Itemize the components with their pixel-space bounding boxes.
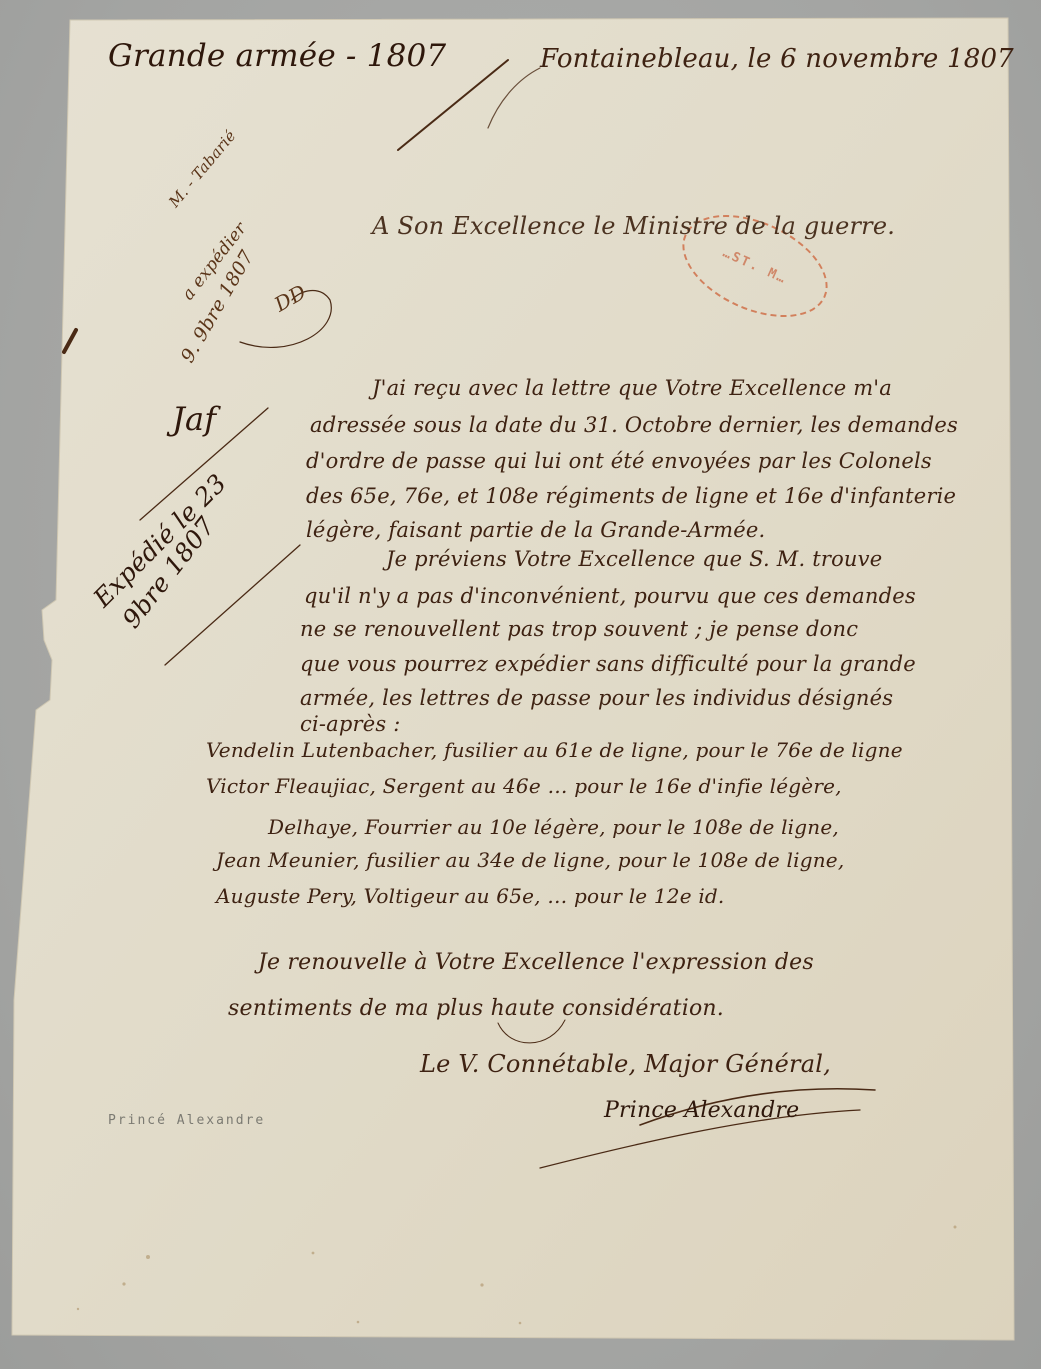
closing-line: sentiments de ma plus haute considératio… [228, 996, 724, 1021]
salutation: A Son Excellence le Ministre de la guerr… [372, 212, 895, 240]
individual-list-item: Delhaye, Fourrier au 10e légère, pour le… [268, 815, 839, 839]
body-line: armée, les lettres de passe pour les ind… [300, 686, 893, 710]
signature-name: Prince Alexandre [604, 1098, 799, 1123]
body-line: d'ordre de passe qui lui ont été envoyée… [306, 449, 932, 473]
margin-note-initials-jaf: Jaf [172, 400, 216, 438]
letter-sheet: Grande armée - 1807 Fontainebleau, le 6 … [0, 0, 1041, 1369]
body-line: des 65e, 76e, et 108e régiments de ligne… [306, 484, 956, 508]
paper-shape [0, 0, 1041, 1369]
individual-list-item: Auguste Pery, Voltigeur au 65e, … pour l… [216, 884, 724, 908]
place-and-date: Fontainebleau, le 6 novembre 1807 [540, 44, 1014, 74]
body-line: ci-après : [300, 712, 401, 736]
body-line: que vous pourrez expédier sans difficult… [300, 652, 916, 676]
body-line: adressée sous la date du 31. Octobre der… [310, 413, 958, 437]
stamp-text: …ST. M… [721, 245, 790, 287]
closing-line: Je renouvelle à Votre Excellence l'expre… [258, 950, 814, 975]
body-line: légère, faisant partie de la Grande-Armé… [306, 518, 765, 542]
individual-list-item: Vendelin Lutenbacher, fusilier au 61e de… [206, 738, 903, 762]
body-line: J'ai reçu avec la lettre que Votre Excel… [372, 376, 892, 400]
body-line: ne se renouvellent pas trop souvent ; je… [300, 617, 858, 641]
individual-list-item: Jean Meunier, fusilier au 34e de ligne, … [216, 848, 844, 872]
body-line: Je préviens Votre Excellence que S. M. t… [386, 547, 882, 571]
individual-list-item: Victor Fleaujiac, Sergent au 46e … pour … [206, 774, 842, 798]
pencil-annotation: Princé Alexandre [108, 1113, 265, 1128]
body-line: qu'il n'y a pas d'inconvénient, pourvu q… [304, 584, 916, 608]
signature-title: Le V. Connétable, Major Général, [420, 1050, 831, 1078]
heading-grande-armee: Grande armée - 1807 [108, 38, 446, 74]
